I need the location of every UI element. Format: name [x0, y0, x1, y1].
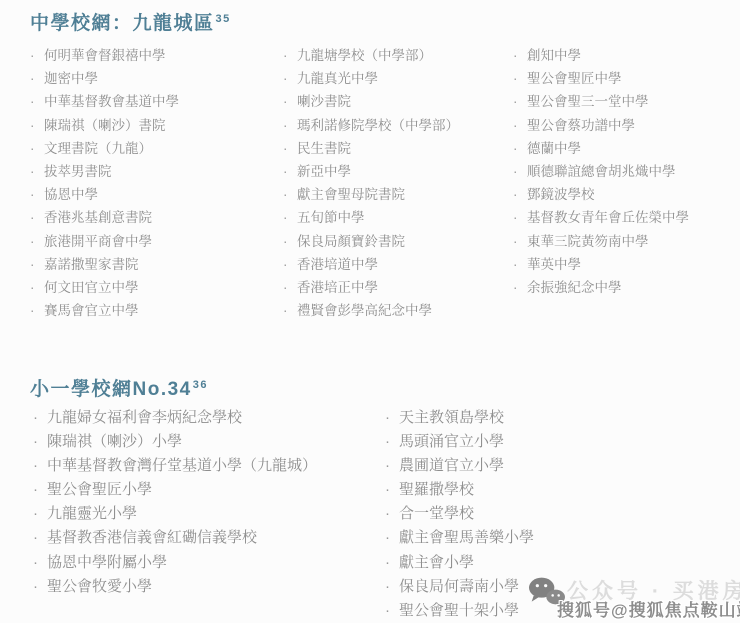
section-title-text: 中學校網：九龍城區 — [30, 13, 215, 34]
school-list-item: ·聖公會聖三一堂中學 — [513, 90, 740, 113]
bullet-icon: · — [513, 206, 527, 229]
school-name: 聖公會牧愛小學 — [47, 578, 152, 595]
school-name: 合一堂學校 — [399, 505, 474, 522]
school-list-item: ·香港培道中學 — [283, 253, 512, 276]
school-name: 獻主會聖馬善樂小學 — [399, 529, 534, 546]
school-name: 嘉諾撒聖家書院 — [44, 257, 139, 272]
bullet-icon: · — [33, 526, 47, 550]
bullet-icon: · — [513, 276, 527, 299]
primary-section-title: 小一學校網No.3436 — [30, 374, 208, 401]
school-list-item: ·馬頭涌官立小學 — [385, 430, 725, 454]
school-name: 禮賢會彭學高紀念中學 — [297, 303, 432, 318]
bullet-icon: · — [30, 44, 44, 67]
secondary-school-column-3: ·創知中學·聖公會聖匠中學·聖公會聖三一堂中學·聖公會蔡功譜中學·德蘭中學·順德… — [513, 44, 740, 299]
school-name: 馬頭涌官立小學 — [399, 433, 504, 450]
school-name: 順德聯誼總會胡兆熾中學 — [527, 164, 676, 179]
school-name: 東華三院黃笏南中學 — [527, 234, 649, 249]
bullet-icon: · — [283, 67, 297, 90]
school-name: 喇沙書院 — [297, 94, 351, 109]
bullet-icon: · — [283, 299, 297, 322]
school-list-item: ·文理書院（九龍） — [30, 137, 282, 160]
school-name: 保良局何壽南小學 — [399, 578, 519, 595]
school-list-item: ·天主教領島學校 — [385, 406, 725, 430]
bullet-icon: · — [30, 67, 44, 90]
school-name: 獻主會聖母院書院 — [297, 187, 405, 202]
school-list-item: ·禮賢會彭學高紀念中學 — [283, 299, 512, 322]
school-name: 協恩中學附屬小學 — [47, 554, 167, 571]
school-name: 基督教香港信義會紅磡信義學校 — [47, 529, 257, 546]
school-name: 民生書院 — [297, 141, 351, 156]
school-name: 聖公會聖三一堂中學 — [527, 94, 649, 109]
bullet-icon: · — [513, 44, 527, 67]
bullet-icon: · — [513, 160, 527, 183]
school-name: 聖公會聖十架小學 — [399, 602, 519, 619]
school-list-item: ·合一堂學校 — [385, 502, 725, 526]
school-name: 香港培正中學 — [297, 280, 378, 295]
bullet-icon: · — [385, 551, 399, 575]
school-name: 九龍真光中學 — [297, 71, 378, 86]
secondary-school-column-2: ·九龍塘學校（中學部）·九龍真光中學·喇沙書院·瑪利諾修院學校（中學部）·民生書… — [283, 44, 512, 322]
school-list-item: ·聖羅撒學校 — [385, 478, 725, 502]
bullet-icon: · — [30, 90, 44, 113]
school-name: 創知中學 — [527, 48, 581, 63]
bullet-icon: · — [513, 230, 527, 253]
school-name: 聖公會聖匠小學 — [47, 481, 152, 498]
school-name: 何明華會督銀禧中學 — [44, 48, 166, 63]
school-name: 聖公會蔡功譜中學 — [527, 118, 635, 133]
bullet-icon: · — [33, 575, 47, 599]
school-list-item: ·獻主會小學 — [385, 551, 725, 575]
school-name: 中華基督教會灣仔堂基道小學（九龍城） — [47, 457, 317, 474]
school-list-item: ·旅港開平商會中學 — [30, 230, 282, 253]
school-list-item: ·德蘭中學 — [513, 137, 740, 160]
school-list-item: ·中華基督教會灣仔堂基道小學（九龍城） — [33, 454, 383, 478]
bullet-icon: · — [30, 253, 44, 276]
school-list-item: ·協恩中學附屬小學 — [33, 551, 383, 575]
school-list-item: ·迦密中學 — [30, 67, 282, 90]
school-list-item: ·何文田官立中學 — [30, 276, 282, 299]
bullet-icon: · — [385, 406, 399, 430]
school-list-item: ·聖公會蔡功譜中學 — [513, 114, 740, 137]
bullet-icon: · — [385, 430, 399, 454]
section-title-text: 小一學校網No.34 — [30, 379, 192, 400]
school-list-item: ·瑪利諾修院學校（中學部） — [283, 114, 512, 137]
bullet-icon: · — [283, 90, 297, 113]
school-name: 天主教領島學校 — [399, 409, 504, 426]
school-list-item: ·陳瑞祺（喇沙）書院 — [30, 114, 282, 137]
bullet-icon: · — [283, 44, 297, 67]
school-name: 瑪利諾修院學校（中學部） — [297, 118, 459, 133]
school-list-item: ·余振強紀念中學 — [513, 276, 740, 299]
school-list-item: ·賽馬會官立中學 — [30, 299, 282, 322]
school-list-item: ·聖公會聖匠中學 — [513, 67, 740, 90]
secondary-school-column-1: ·何明華會督銀禧中學·迦密中學·中華基督教會基道中學·陳瑞祺（喇沙）書院·文理書… — [30, 44, 282, 322]
bullet-icon: · — [385, 478, 399, 502]
bullet-icon: · — [30, 160, 44, 183]
school-list-item: ·基督教女青年會丘佐榮中學 — [513, 206, 740, 229]
school-list-item: ·陳瑞祺（喇沙）小學 — [33, 430, 383, 454]
school-name: 五旬節中學 — [297, 210, 365, 225]
bullet-icon: · — [33, 502, 47, 526]
bullet-icon: · — [33, 406, 47, 430]
school-list-item: ·獻主會聖母院書院 — [283, 183, 512, 206]
bullet-icon: · — [30, 299, 44, 322]
bullet-icon: · — [513, 67, 527, 90]
school-list-item: ·農圃道官立小學 — [385, 454, 725, 478]
school-list-item: ·華英中學 — [513, 253, 740, 276]
school-name: 文理書院（九龍） — [44, 141, 152, 156]
school-list-item: ·東華三院黃笏南中學 — [513, 230, 740, 253]
school-list-item: ·五旬節中學 — [283, 206, 512, 229]
footnote-superscript: 35 — [216, 13, 231, 25]
school-name: 協恩中學 — [44, 187, 98, 202]
school-name: 陳瑞祺（喇沙）書院 — [44, 118, 166, 133]
school-name: 新亞中學 — [297, 164, 351, 179]
school-name: 獻主會小學 — [399, 554, 474, 571]
school-name: 聖羅撒學校 — [399, 481, 474, 498]
school-name: 香港兆基創意書院 — [44, 210, 152, 225]
bullet-icon: · — [385, 575, 399, 599]
school-list-item: ·香港兆基創意書院 — [30, 206, 282, 229]
bullet-icon: · — [283, 183, 297, 206]
bullet-icon: · — [30, 276, 44, 299]
bullet-icon: · — [513, 114, 527, 137]
school-list-item: ·聖公會聖匠小學 — [33, 478, 383, 502]
school-list-item: ·何明華會督銀禧中學 — [30, 44, 282, 67]
school-list-item: ·九龍真光中學 — [283, 67, 512, 90]
school-list-item: ·順德聯誼總會胡兆熾中學 — [513, 160, 740, 183]
bullet-icon: · — [283, 206, 297, 229]
watermark-dark-text: 搜狐号@搜狐焦点鞍山站 — [557, 596, 740, 621]
page: 中學校網：九龍城區35 ·何明華會督銀禧中學·迦密中學·中華基督教會基道中學·陳… — [0, 0, 740, 623]
school-list-item: ·喇沙書院 — [283, 90, 512, 113]
school-name: 華英中學 — [527, 257, 581, 272]
school-list-item: ·嘉諾撒聖家書院 — [30, 253, 282, 276]
school-list-item: ·保良局顏寶鈴書院 — [283, 230, 512, 253]
school-name: 保良局顏寶鈴書院 — [297, 234, 405, 249]
school-name: 德蘭中學 — [527, 141, 581, 156]
school-name: 基督教女青年會丘佐榮中學 — [527, 210, 689, 225]
school-name: 何文田官立中學 — [44, 280, 139, 295]
school-list-item: ·香港培正中學 — [283, 276, 512, 299]
bullet-icon: · — [33, 478, 47, 502]
bullet-icon: · — [283, 114, 297, 137]
school-name: 九龍靈光小學 — [47, 505, 137, 522]
primary-school-column-1: ·九龍婦女福利會李炳紀念學校·陳瑞祺（喇沙）小學·中華基督教會灣仔堂基道小學（九… — [33, 406, 383, 599]
school-name: 香港培道中學 — [297, 257, 378, 272]
school-name: 余振強紀念中學 — [527, 280, 622, 295]
footnote-superscript: 36 — [193, 379, 208, 391]
school-list-item: ·聖公會牧愛小學 — [33, 575, 383, 599]
school-list-item: ·九龍婦女福利會李炳紀念學校 — [33, 406, 383, 430]
school-list-item: ·創知中學 — [513, 44, 740, 67]
bullet-icon: · — [513, 137, 527, 160]
school-list-item: ·九龍靈光小學 — [33, 502, 383, 526]
school-name: 旅港開平商會中學 — [44, 234, 152, 249]
bullet-icon: · — [30, 137, 44, 160]
bullet-icon: · — [283, 137, 297, 160]
school-list-item: ·拔萃男書院 — [30, 160, 282, 183]
school-list-item: ·鄧鏡波學校 — [513, 183, 740, 206]
bullet-icon: · — [30, 183, 44, 206]
bullet-icon: · — [283, 276, 297, 299]
bullet-icon: · — [283, 253, 297, 276]
bullet-icon: · — [513, 90, 527, 113]
school-name: 迦密中學 — [44, 71, 98, 86]
bullet-icon: · — [30, 206, 44, 229]
school-list-item: ·協恩中學 — [30, 183, 282, 206]
school-list-item: ·中華基督教會基道中學 — [30, 90, 282, 113]
school-name: 農圃道官立小學 — [399, 457, 504, 474]
school-list-item: ·九龍塘學校（中學部） — [283, 44, 512, 67]
bullet-icon: · — [30, 230, 44, 253]
school-list-item: ·新亞中學 — [283, 160, 512, 183]
bullet-icon: · — [33, 454, 47, 478]
bullet-icon: · — [30, 114, 44, 137]
bullet-icon: · — [513, 253, 527, 276]
school-name: 九龍婦女福利會李炳紀念學校 — [47, 409, 242, 426]
bullet-icon: · — [33, 430, 47, 454]
bullet-icon: · — [283, 230, 297, 253]
school-list-item: ·獻主會聖馬善樂小學 — [385, 526, 725, 550]
school-name: 中華基督教會基道中學 — [44, 94, 179, 109]
bullet-icon: · — [283, 160, 297, 183]
school-name: 陳瑞祺（喇沙）小學 — [47, 433, 182, 450]
school-list-item: ·基督教香港信義會紅磡信義學校 — [33, 526, 383, 550]
school-name: 聖公會聖匠中學 — [527, 71, 622, 86]
bullet-icon: · — [33, 551, 47, 575]
school-list-item: ·民生書院 — [283, 137, 512, 160]
school-name: 九龍塘學校（中學部） — [297, 48, 432, 63]
bullet-icon: · — [385, 526, 399, 550]
bullet-icon: · — [385, 454, 399, 478]
bullet-icon: · — [385, 502, 399, 526]
bullet-icon: · — [513, 183, 527, 206]
school-name: 拔萃男書院 — [44, 164, 112, 179]
school-name: 鄧鏡波學校 — [527, 187, 595, 202]
secondary-section-title: 中學校網：九龍城區35 — [30, 8, 231, 35]
bullet-icon: · — [385, 599, 399, 623]
school-name: 賽馬會官立中學 — [44, 303, 139, 318]
